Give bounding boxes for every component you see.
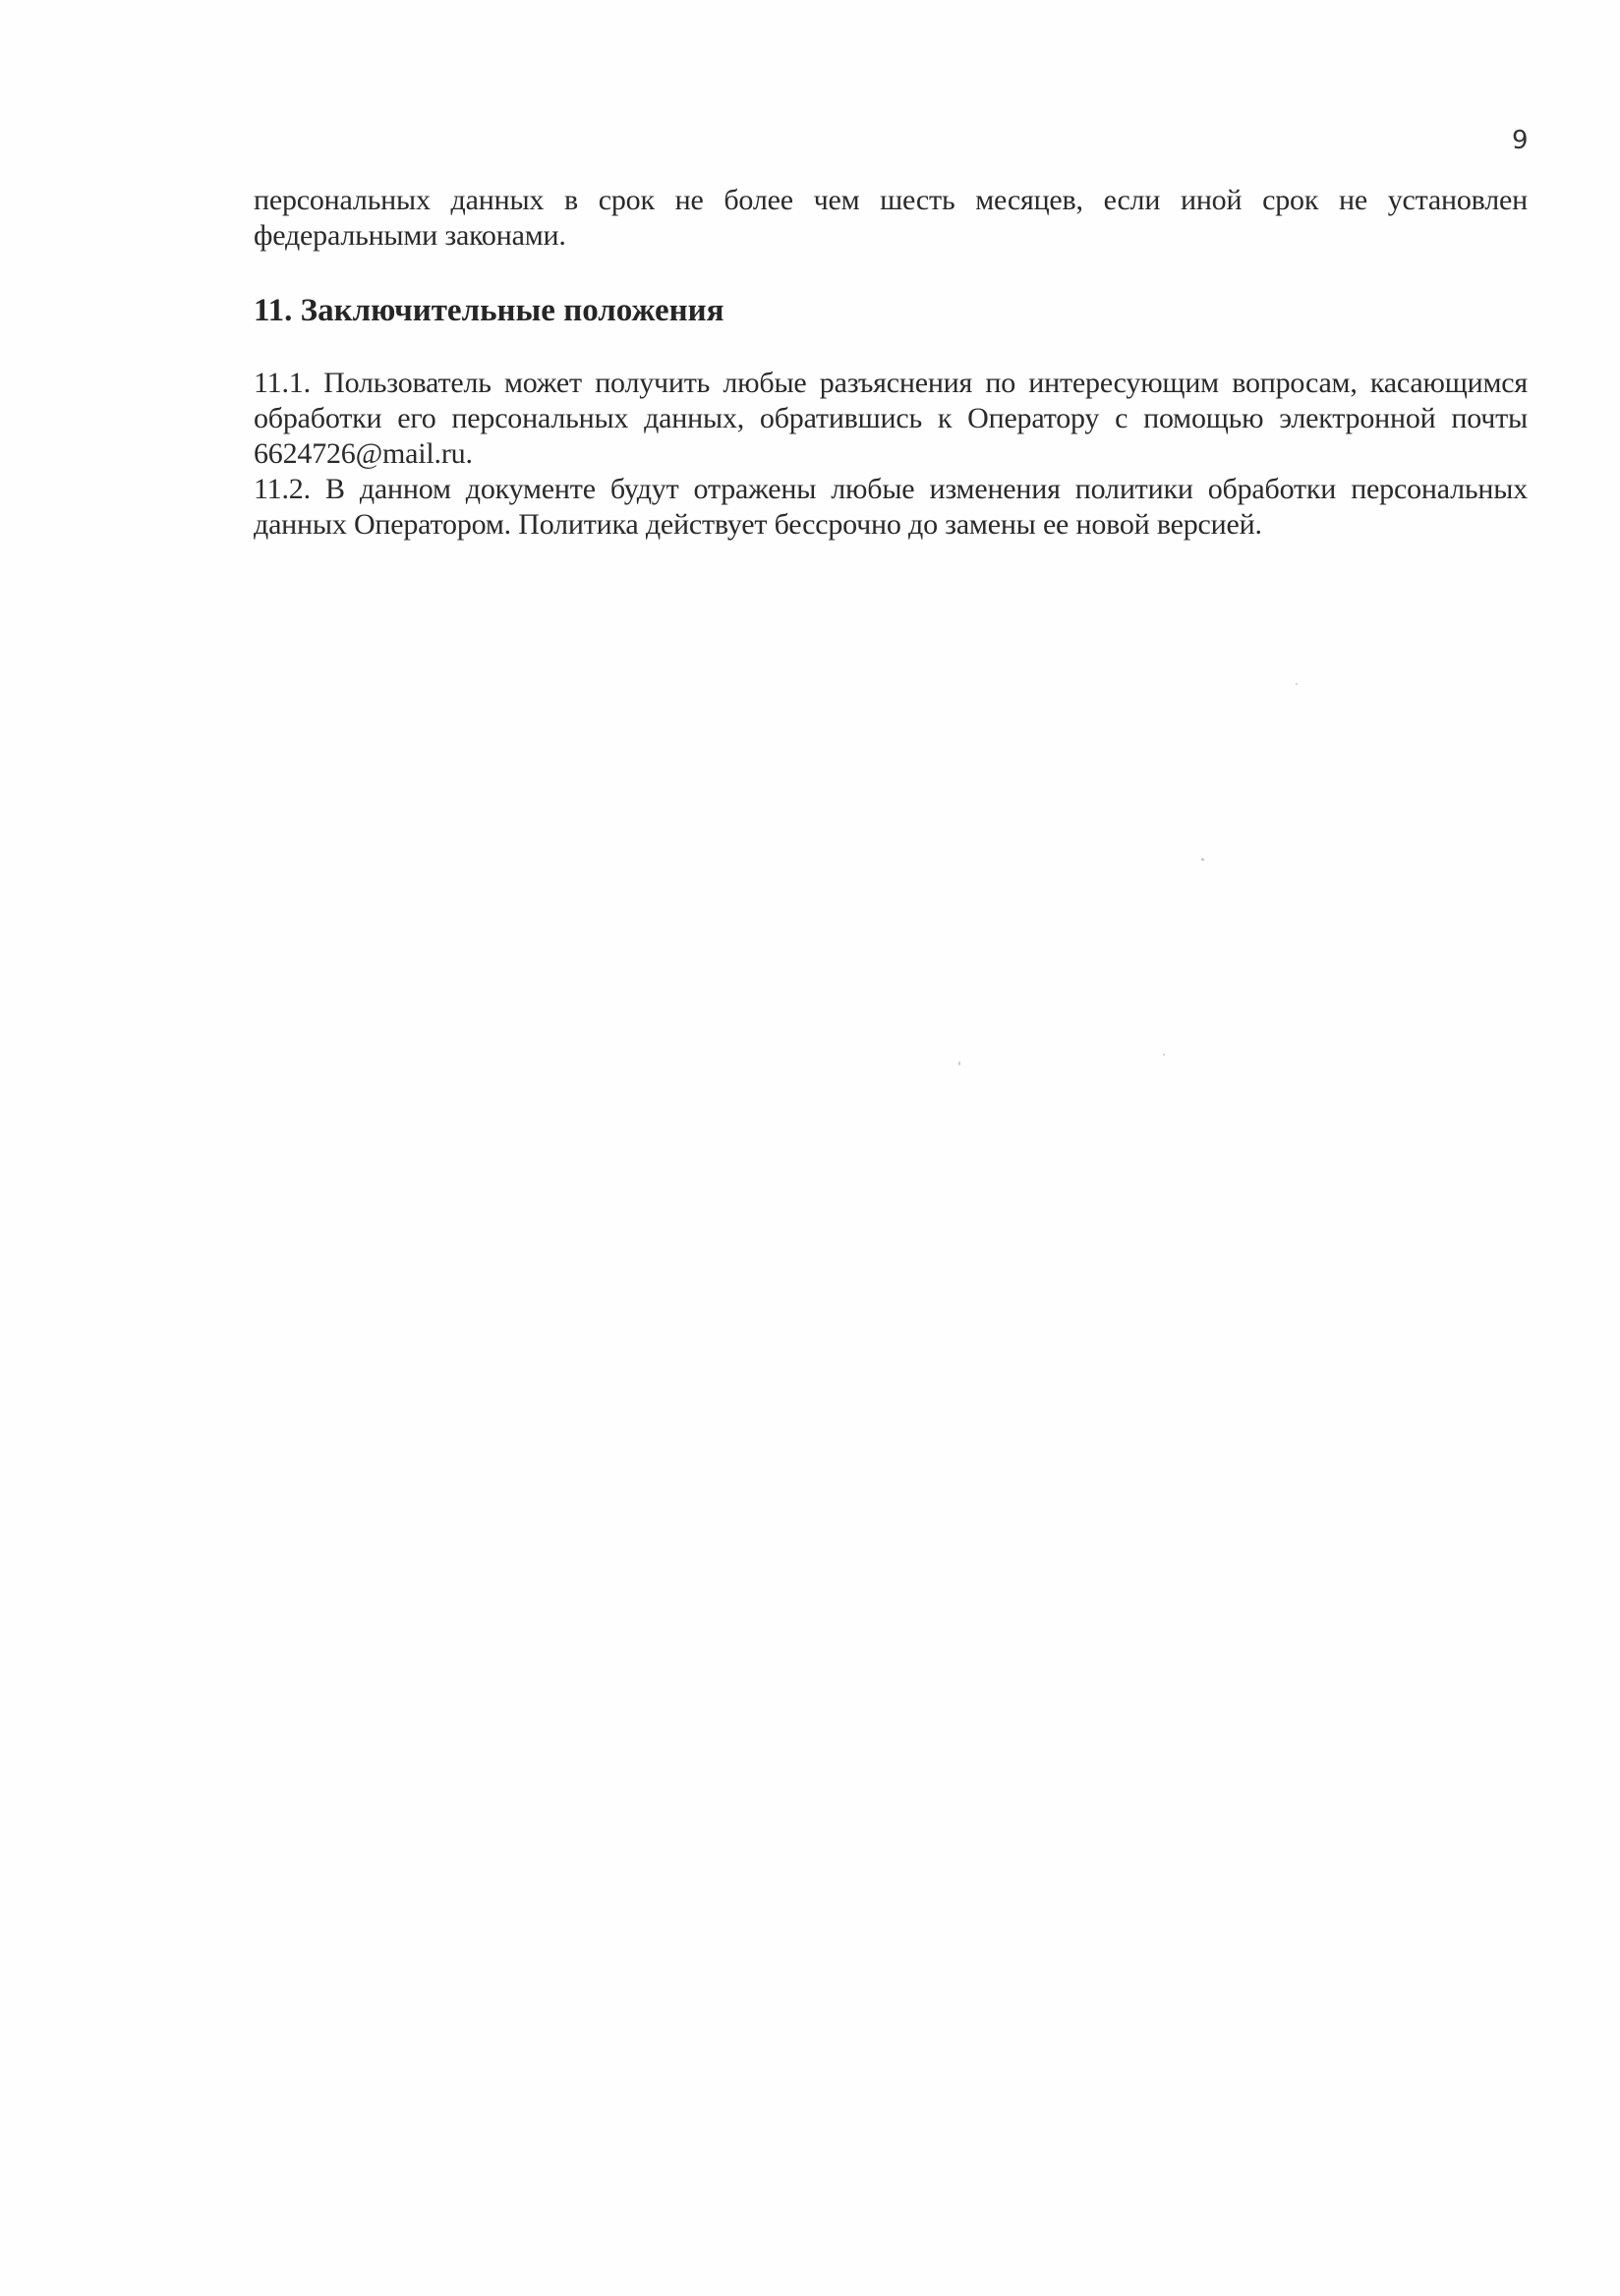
scan-speck bbox=[1296, 683, 1298, 685]
page-number: 9 bbox=[1512, 126, 1529, 155]
continuation-paragraph: персональных данных в срок не более чем … bbox=[254, 183, 1528, 254]
scan-speck bbox=[958, 1062, 960, 1065]
section-item-11-1: 11.1. Пользователь может получить любые … bbox=[254, 366, 1528, 472]
scan-speck bbox=[1201, 858, 1204, 861]
scan-speck bbox=[1163, 1054, 1165, 1056]
document-body: персональных данных в срок не более чем … bbox=[254, 183, 1528, 543]
section-heading: 11. Заключительные положения bbox=[254, 291, 1528, 330]
section-item-11-2: 11.2. В данном документе будут отражены … bbox=[254, 472, 1528, 543]
